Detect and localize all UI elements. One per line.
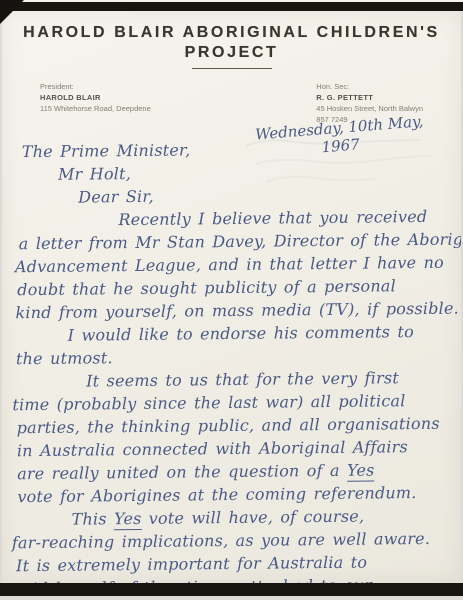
letter-text-segment: parties, the thinking public, and all or… <box>17 413 440 436</box>
secretary-name: R. G. PETTETT <box>316 93 423 104</box>
letter-text-segment: are really united on the question of a <box>17 460 347 482</box>
letter-text-segment: I would like to endorse his comments to <box>68 322 414 345</box>
top-left-dark-corner <box>0 0 24 24</box>
letter-text-segment: Dear Sir, <box>78 186 154 206</box>
letter-lines: The Prime Minister,Mr Holt,Dear Sir,Rece… <box>8 125 456 583</box>
bottom-black-band <box>0 583 463 596</box>
letterhead-title-line2: PROJECT <box>2 43 461 63</box>
letterhead: HAROLD BLAIR ABORIGINAL CHILDREN'S PROJE… <box>2 11 461 69</box>
president-name: HAROLD BLAIR <box>40 93 151 104</box>
president-block: President: HAROLD BLAIR 115 Whitehorse R… <box>40 82 151 126</box>
letter-text-segment: rid herself of the stigma attached to ou… <box>24 575 372 583</box>
letter-photo: HAROLD BLAIR ABORIGINAL CHILDREN'S PROJE… <box>0 0 463 600</box>
letter-text-segment: doubt that he sought publicity of a pers… <box>17 276 396 299</box>
letter-text-segment: a letter from Mr Stan Davey, Director of… <box>19 229 461 253</box>
letter-text-segment: Advancement League, and in that letter I… <box>15 252 444 275</box>
letter-line: I would like to endorse his comments to <box>10 319 453 347</box>
letter-line: far-reaching implications, as you are we… <box>12 526 455 554</box>
letter-text-segment: The Prime Minister, <box>22 140 191 161</box>
letter-text-segment: Yes <box>347 460 375 481</box>
president-label: President: <box>40 82 151 93</box>
letter-text-segment: kind from yourself, on mass media (TV), … <box>15 298 459 322</box>
letter-paper: HAROLD BLAIR ABORIGINAL CHILDREN'S PROJE… <box>2 11 461 583</box>
letter-text-segment: It seems to us that for the very first <box>86 368 399 390</box>
letterhead-title-line1: HAROLD BLAIR ABORIGINAL CHILDREN'S <box>2 23 461 43</box>
letter-text-segment: Recently I believe that you received <box>118 206 427 228</box>
letter-text-segment: time (probably since the last war) all p… <box>12 391 405 414</box>
letter-text-segment: the utmost. <box>16 348 113 368</box>
letter-text-segment: vote for Aborigines at the coming refere… <box>17 483 416 506</box>
letter-line: in Australia connected with Aboriginal A… <box>11 434 454 462</box>
letter-text-segment: This <box>72 509 115 528</box>
top-black-band <box>0 2 463 11</box>
letter-text-segment: Yes <box>114 508 142 529</box>
letter-text-segment: It is extremely important for Australia … <box>16 552 367 575</box>
letter-text-segment: in Australia connected with Aboriginal A… <box>17 437 408 460</box>
letter-text-segment: far-reaching implications, as you are we… <box>12 528 430 551</box>
letter-line: vote for Aborigines at the coming refere… <box>11 480 454 508</box>
president-address: 115 Whitehorse Road, Deepdene <box>40 104 151 115</box>
letter-area: Wednesday, 10th May, 1967 The Prime Mini… <box>2 125 461 583</box>
secretary-label: Hon. Sec: <box>316 82 423 93</box>
letter-text-segment: Mr Holt, <box>58 164 131 184</box>
letter-text-segment: vote will have, of course, <box>141 506 364 527</box>
